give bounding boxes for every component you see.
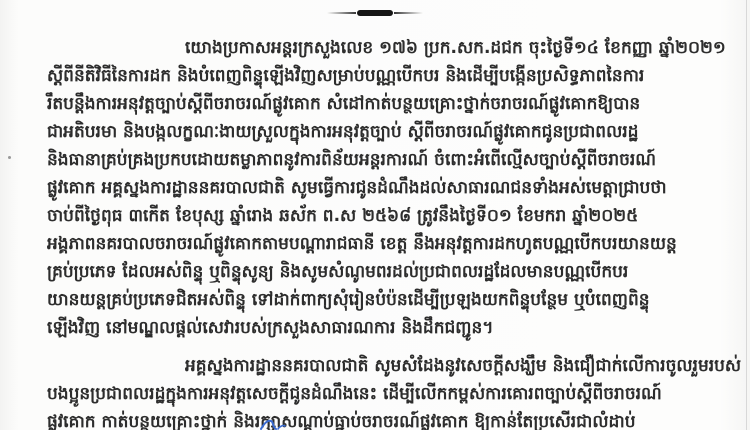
signature-ink-tip: [257, 419, 287, 430]
text-line: ចាប់ពីថ្ងៃពុធ ៣កើត ខែបុស្ស ឆ្នាំរោង ឆស័ក…: [47, 202, 713, 230]
text-line: រឹតបន្តឹងការអនុវត្តច្បាប់ស្តីពីចរាចរណ៍ផ្…: [47, 90, 713, 118]
text-line: អគ្គស្នងការដ្ឋាននគរបាលជាតិ សូមសំដែងនូវសេ…: [47, 352, 713, 380]
document-body-text: យោងប្រកាសអន្តរក្រសួងលេខ ១៧៦ ប្រក.សក.ដជក …: [47, 34, 713, 430]
text-line: ជាអតិបរមា និងបង្កលក្ខណៈងាយស្រួលក្នុងការអ…: [47, 118, 713, 146]
scanned-document-page: យោងប្រកាសអន្តរក្រសួងលេខ ១៧៦ ប្រក.សក.ដជក …: [0, 0, 750, 430]
text-line: ស្តីពីនីតិវិធីនៃការដក និងបំពេញពិន្ទុឡើងវ…: [47, 62, 713, 90]
text-line: អង្គភាពនគរបាលចរាចរណ៍ផ្លូវគោកតាមបណ្តារាជធ…: [47, 230, 713, 258]
top-divider-ornament: [327, 9, 423, 16]
text-line: ឡើងវិញ នៅមណ្ឌលផ្តល់សេវារបស់ក្រសួងសាធារណក…: [47, 314, 713, 342]
text-line: និងធានាគ្រប់គ្រងប្រកបដោយតម្លាភាពនូវការពិ…: [47, 146, 713, 174]
text-line: បងប្អូនប្រជាពលរដ្ឋក្នុងការអនុវត្តសេចក្តី…: [47, 380, 713, 408]
divider-taper-left: [327, 12, 356, 14]
divider-taper-right: [394, 12, 423, 14]
scan-speck: [8, 156, 11, 159]
paragraph-2: អគ្គស្នងការដ្ឋាននគរបាលជាតិ សូមសំដែងនូវសេ…: [47, 352, 713, 430]
text-line: យោងប្រកាសអន្តរក្រសួងលេខ ១៧៦ ប្រក.សក.ដជក …: [47, 34, 713, 62]
divider-core: [357, 10, 393, 16]
text-line: យានយន្តគ្រប់ប្រភេទជិតអស់ពិន្ទុ ទៅដាក់ពាក…: [47, 286, 713, 314]
scan-edge-line: [746, 0, 747, 430]
text-line: ផ្លូវគោក កាត់បន្ថយគ្រោះថ្នាក់ និងរក្សាសណ…: [47, 408, 713, 430]
text-line: ផ្លូវគោក អគ្គស្នងការដ្ឋាននគរបាលជាតិ សូមធ…: [47, 174, 713, 202]
text-line: គ្រប់ប្រភេទ ដែលអស់ពិន្ទុ ឬពិន្ទុសូន្យ និ…: [47, 258, 713, 286]
paragraph-1: យោងប្រកាសអន្តរក្រសួងលេខ ១៧៦ ប្រក.សក.ដជក …: [47, 34, 713, 342]
